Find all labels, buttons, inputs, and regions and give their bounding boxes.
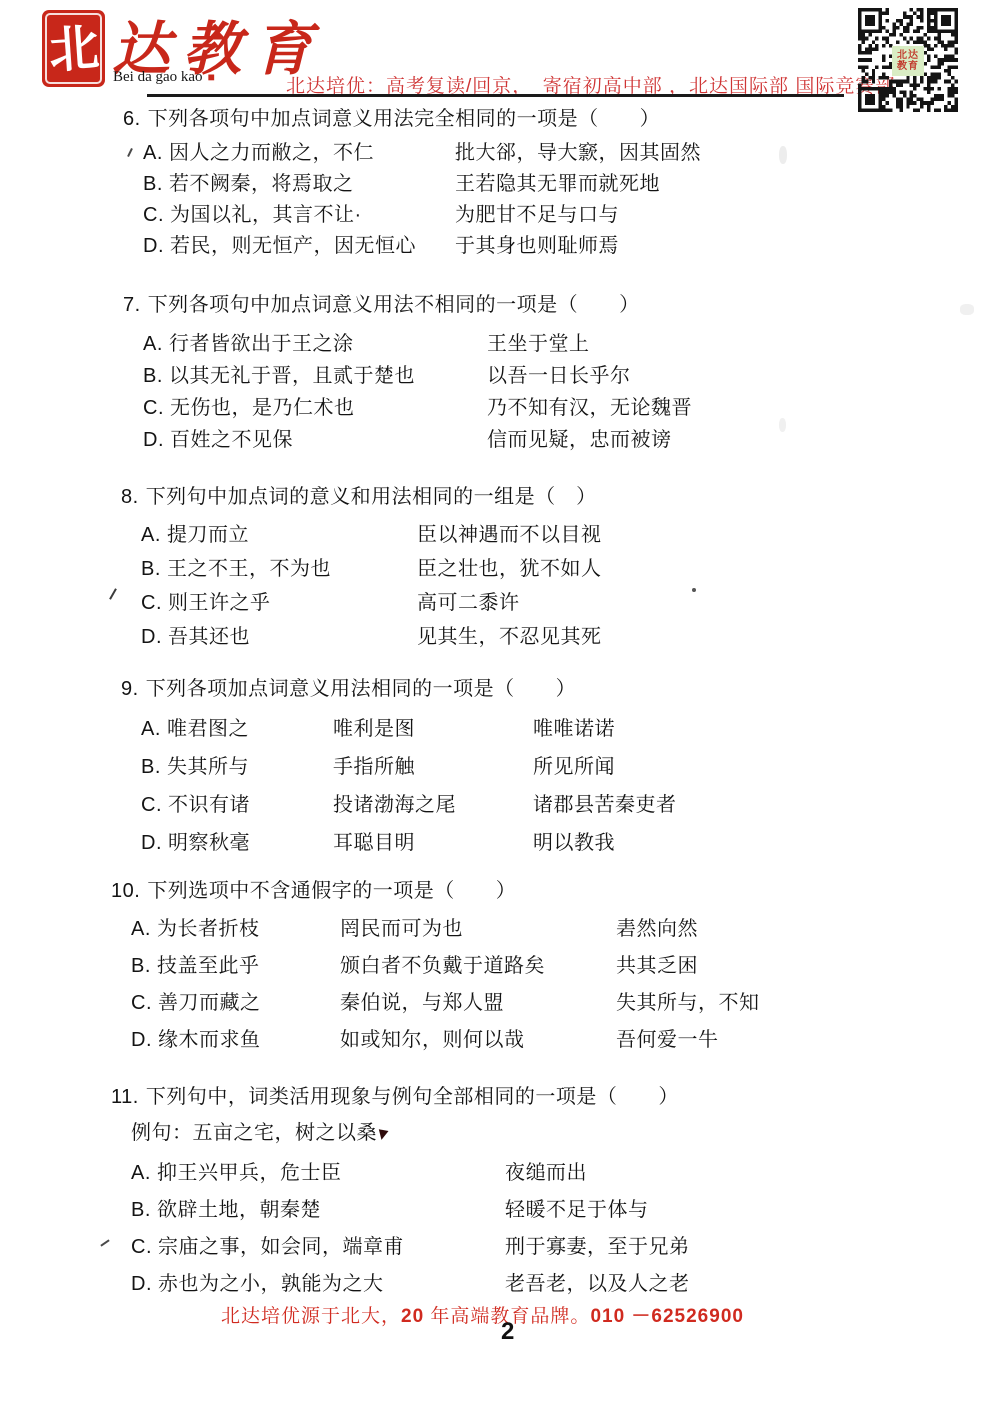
brand-subtitle: Bei da gao kao■ xyxy=(113,69,215,86)
option-row: C. 善刀而藏之秦伯说，与郑人盟失其所与，不知 xyxy=(131,990,760,1027)
qr-center-label: 北达 教育 xyxy=(892,46,924,76)
option-cell: 罔民而可为也 xyxy=(340,916,616,953)
question-prompt: 下列各项句中加点词意义用法不相同的一项是（ ） xyxy=(148,294,640,316)
option-cell: 于其身也则耻师焉 xyxy=(455,233,619,264)
option-row: B. 失其所与手指所触所见所闻 xyxy=(141,754,677,792)
question-prompt: 下列各项加点词意义用法相同的一项是（ ） xyxy=(146,678,577,700)
question-q7: 7.下列各项句中加点词意义用法不相同的一项是（ ）A. 行者皆欲出于王之涂王坐于… xyxy=(123,292,692,459)
option-cell: 以吾一日长乎尔 xyxy=(487,363,631,395)
brand-subtitle-text: Bei da gao kao xyxy=(113,69,203,85)
option-cell: A. 因人之力而敝之，不仁 xyxy=(143,140,455,171)
question-prompt: 下列句中加点词的意义和用法相同的一组是（ ） xyxy=(146,486,597,508)
question-number: 8. xyxy=(121,486,139,508)
option-cell: 失其所与，不知 xyxy=(616,990,760,1027)
option-cell: 轻暖不足于体与 xyxy=(505,1197,649,1234)
option-row: B. 若不阙秦，将焉取之王若隐其无罪而就死地 xyxy=(143,171,701,202)
option-cell: D. 吾其还也 xyxy=(141,624,417,658)
option-cell: B. 王之不王，不为也 xyxy=(141,556,417,590)
footer-slogan: 北达培优源于北大，20 年高端教育品牌。010 －62526900 xyxy=(221,1301,744,1328)
option-cell: C. 善刀而藏之 xyxy=(131,990,340,1027)
question-number: 7. xyxy=(123,294,141,316)
option-cell: C. 无伤也，是乃仁术也 xyxy=(143,395,487,427)
option-row: C. 无伤也，是乃仁术也乃不知有汉，无论魏晋 xyxy=(143,395,692,427)
option-cell: A. 唯君图之 xyxy=(141,716,333,754)
option-cell: C. 则王许之乎 xyxy=(141,590,417,624)
option-cell: 信而见疑，忠而被谤 xyxy=(487,427,672,459)
question-q6: 6.下列各项句中加点词意义用法完全相同的一项是（ ）A. 因人之力而敝之，不仁批… xyxy=(123,106,701,264)
option-cell: A. 抑王兴甲兵，危士臣 xyxy=(131,1160,505,1197)
header-divider-line xyxy=(147,94,844,97)
option-cell: 唯利是图 xyxy=(333,716,533,754)
option-cell: D. 若民，则无恒产，因无恒心 xyxy=(143,233,455,264)
scan-smudge xyxy=(779,146,787,164)
question-prompt: 下列各项句中加点词意义用法完全相同的一项是（ ） xyxy=(148,108,661,130)
option-row: D. 缘木而求鱼如或知尔，则何以哉吾何爱一牛 xyxy=(131,1027,760,1064)
question-header: 9.下列各项加点词意义用法相同的一项是（ ） xyxy=(121,676,677,702)
stray-mark xyxy=(100,1239,109,1246)
option-cell: C. 宗庙之事，如会同，端章甫 xyxy=(131,1234,505,1271)
brand-square-mark: ■ xyxy=(208,70,215,84)
option-cell: 刑于寡妻，至于兄弟 xyxy=(505,1234,690,1271)
option-row: A. 行者皆欲出于王之涂王坐于堂上 xyxy=(143,331,692,363)
question-prompt: 下列选项中不含通假字的一项是（ ） xyxy=(147,880,516,902)
option-row: D. 吾其还也见其生，不忍见其死 xyxy=(141,624,602,658)
example-text: 例句：五亩之宅，树之以桑 xyxy=(131,1122,377,1144)
option-cell: 如或知尔，则何以哉 xyxy=(340,1027,616,1064)
question-header: 11.下列句中，词类活用现象与例句全部相同的一项是（ ） xyxy=(111,1084,690,1110)
question-q8: 8.下列句中加点词的意义和用法相同的一组是（ ）A. 提刀而立臣以神遇而不以目视… xyxy=(121,484,602,658)
question-q11: 11.下列句中，词类活用现象与例句全部相同的一项是（ ）例句：五亩之宅，树之以桑… xyxy=(111,1084,690,1308)
seal-character: 北 xyxy=(47,22,100,75)
option-row: B. 王之不王，不为也臣之壮也，犹不如人 xyxy=(141,556,602,590)
question-header: 6.下列各项句中加点词意义用法完全相同的一项是（ ） xyxy=(123,106,701,132)
options-list: A. 因人之力而敝之，不仁批大郤，导大窾，因其固然B. 若不阙秦，将焉取之王若隐… xyxy=(143,140,701,264)
options-list: A. 唯君图之唯利是图唯唯诺诺B. 失其所与手指所触所见所闻C. 不识有诸投诸渤… xyxy=(141,716,677,868)
example-sentence: 例句：五亩之宅，树之以桑 xyxy=(131,1120,690,1160)
options-list: A. 抑王兴甲兵，危士臣夜缒而出B. 欲辟土地，朝秦楚轻暖不足于体与C. 宗庙之… xyxy=(131,1160,690,1308)
option-row: B. 欲辟土地，朝秦楚轻暖不足于体与 xyxy=(131,1197,690,1234)
options-list: A. 行者皆欲出于王之涂王坐于堂上B. 以其无礼于晋，且贰于楚也以吾一日长乎尔C… xyxy=(143,331,692,459)
option-row: B. 技盖至此乎颁白者不负戴于道路矣共其乏困 xyxy=(131,953,760,990)
stray-dot xyxy=(692,588,696,592)
question-number: 10. xyxy=(111,880,140,902)
option-cell: A. 行者皆欲出于王之涂 xyxy=(143,331,487,363)
option-cell: B. 以其无礼于晋，且贰于楚也 xyxy=(143,363,487,395)
scan-smudge xyxy=(960,304,974,315)
option-row: C. 宗庙之事，如会同，端章甫刑于寡妻，至于兄弟 xyxy=(131,1234,690,1271)
brand-seal-logo: 北 xyxy=(42,10,105,87)
option-cell: C. 不识有诸 xyxy=(141,792,333,830)
option-cell: 批大郤，导大窾，因其固然 xyxy=(455,140,701,171)
cursor-artifact-icon xyxy=(379,1127,390,1140)
option-row: A. 唯君图之唯利是图唯唯诺诺 xyxy=(141,716,677,754)
option-cell: 王坐于堂上 xyxy=(487,331,590,363)
option-row: C. 为国以礼，其言不让·为肥甘不足与口与 xyxy=(143,202,701,233)
option-cell: 王若隐其无罪而就死地 xyxy=(455,171,660,202)
option-cell: 诸郡县苦秦吏者 xyxy=(533,792,677,830)
footer-years: 20 xyxy=(401,1306,424,1327)
option-cell: 臣以神遇而不以目视 xyxy=(417,522,602,556)
option-cell: 乃不知有汉，无论魏晋 xyxy=(487,395,692,427)
option-cell: B. 技盖至此乎 xyxy=(131,953,340,990)
option-cell: 投诸渤海之尾 xyxy=(333,792,533,830)
option-row: A. 抑王兴甲兵，危士臣夜缒而出 xyxy=(131,1160,690,1197)
option-cell: D. 缘木而求鱼 xyxy=(131,1027,340,1064)
question-q10: 10.下列选项中不含通假字的一项是（ ）A. 为长者折枝罔民而可为也砉然向然B.… xyxy=(111,878,760,1064)
option-cell: 秦伯说，与郑人盟 xyxy=(340,990,616,1027)
option-cell: 为肥甘不足与口与 xyxy=(455,202,619,233)
option-cell: 臣之壮也，犹不如人 xyxy=(417,556,602,590)
qr-label-line1: 北达 xyxy=(897,50,919,61)
option-row: A. 因人之力而敝之，不仁批大郤，导大窾，因其固然 xyxy=(143,140,701,171)
qr-code: 北达 教育 xyxy=(858,8,958,112)
question-header: 8.下列句中加点词的意义和用法相同的一组是（ ） xyxy=(121,484,602,510)
option-cell: 见其生，不忍见其死 xyxy=(417,624,602,658)
option-cell: 手指所触 xyxy=(333,754,533,792)
option-cell: A. 提刀而立 xyxy=(141,522,417,556)
question-prompt: 下列句中，词类活用现象与例句全部相同的一项是（ ） xyxy=(146,1086,679,1108)
option-row: D. 若民，则无恒产，因无恒心于其身也则耻师焉 xyxy=(143,233,701,264)
stray-mark xyxy=(109,588,117,599)
option-cell: 吾何爱一牛 xyxy=(616,1027,719,1064)
scan-smudge xyxy=(779,418,786,432)
footer-slogan-text: 北达培优源于北大， xyxy=(221,1306,401,1327)
options-list: A. 为长者折枝罔民而可为也砉然向然B. 技盖至此乎颁白者不负戴于道路矣共其乏困… xyxy=(131,916,760,1064)
question-header: 7.下列各项句中加点词意义用法不相同的一项是（ ） xyxy=(123,292,692,318)
question-header: 10.下列选项中不含通假字的一项是（ ） xyxy=(111,878,760,904)
option-cell: D. 百姓之不见保 xyxy=(143,427,487,459)
option-cell: 明以教我 xyxy=(533,830,615,868)
question-number: 9. xyxy=(121,678,139,700)
option-cell: 夜缒而出 xyxy=(505,1160,587,1197)
option-cell: A. 为长者折枝 xyxy=(131,916,340,953)
option-cell: B. 若不阙秦，将焉取之 xyxy=(143,171,455,202)
question-number: 6. xyxy=(123,108,141,130)
option-row: D. 百姓之不见保信而见疑，忠而被谤 xyxy=(143,427,692,459)
option-cell: 共其乏困 xyxy=(616,953,698,990)
option-row: D. 明察秋毫耳聪目明明以教我 xyxy=(141,830,677,868)
option-row: A. 提刀而立臣以神遇而不以目视 xyxy=(141,522,602,556)
option-cell: B. 失其所与 xyxy=(141,754,333,792)
option-cell: 所见所闻 xyxy=(533,754,615,792)
option-cell: B. 欲辟土地，朝秦楚 xyxy=(131,1197,505,1234)
footer-phone: 010 －62526900 xyxy=(590,1306,744,1327)
option-cell: 耳聪目明 xyxy=(333,830,533,868)
option-cell: D. 明察秋毫 xyxy=(141,830,333,868)
option-cell: 颁白者不负戴于道路矣 xyxy=(340,953,616,990)
option-cell: C. 为国以礼，其言不让· xyxy=(143,202,455,233)
qr-label-line2: 教育 xyxy=(897,61,919,72)
options-list: A. 提刀而立臣以神遇而不以目视B. 王之不王，不为也臣之壮也，犹不如人C. 则… xyxy=(141,522,602,658)
option-row: A. 为长者折枝罔民而可为也砉然向然 xyxy=(131,916,760,953)
option-row: C. 不识有诸投诸渤海之尾诸郡县苦秦吏者 xyxy=(141,792,677,830)
option-row: B. 以其无礼于晋，且贰于楚也以吾一日长乎尔 xyxy=(143,363,692,395)
option-cell: 唯唯诺诺 xyxy=(533,716,615,754)
exam-page: 北 达教育 Bei da gao kao■ 北达培优：高考复读/回京， 寄宿初高… xyxy=(0,0,992,1403)
page-number: 2 xyxy=(501,1318,514,1346)
option-cell: 高可二黍许 xyxy=(417,590,520,624)
question-q9: 9.下列各项加点词意义用法相同的一项是（ ）A. 唯君图之唯利是图唯唯诺诺B. … xyxy=(121,676,677,868)
option-row: C. 则王许之乎高可二黍许 xyxy=(141,590,602,624)
question-number: 11. xyxy=(111,1086,139,1108)
option-cell: 砉然向然 xyxy=(616,916,698,953)
